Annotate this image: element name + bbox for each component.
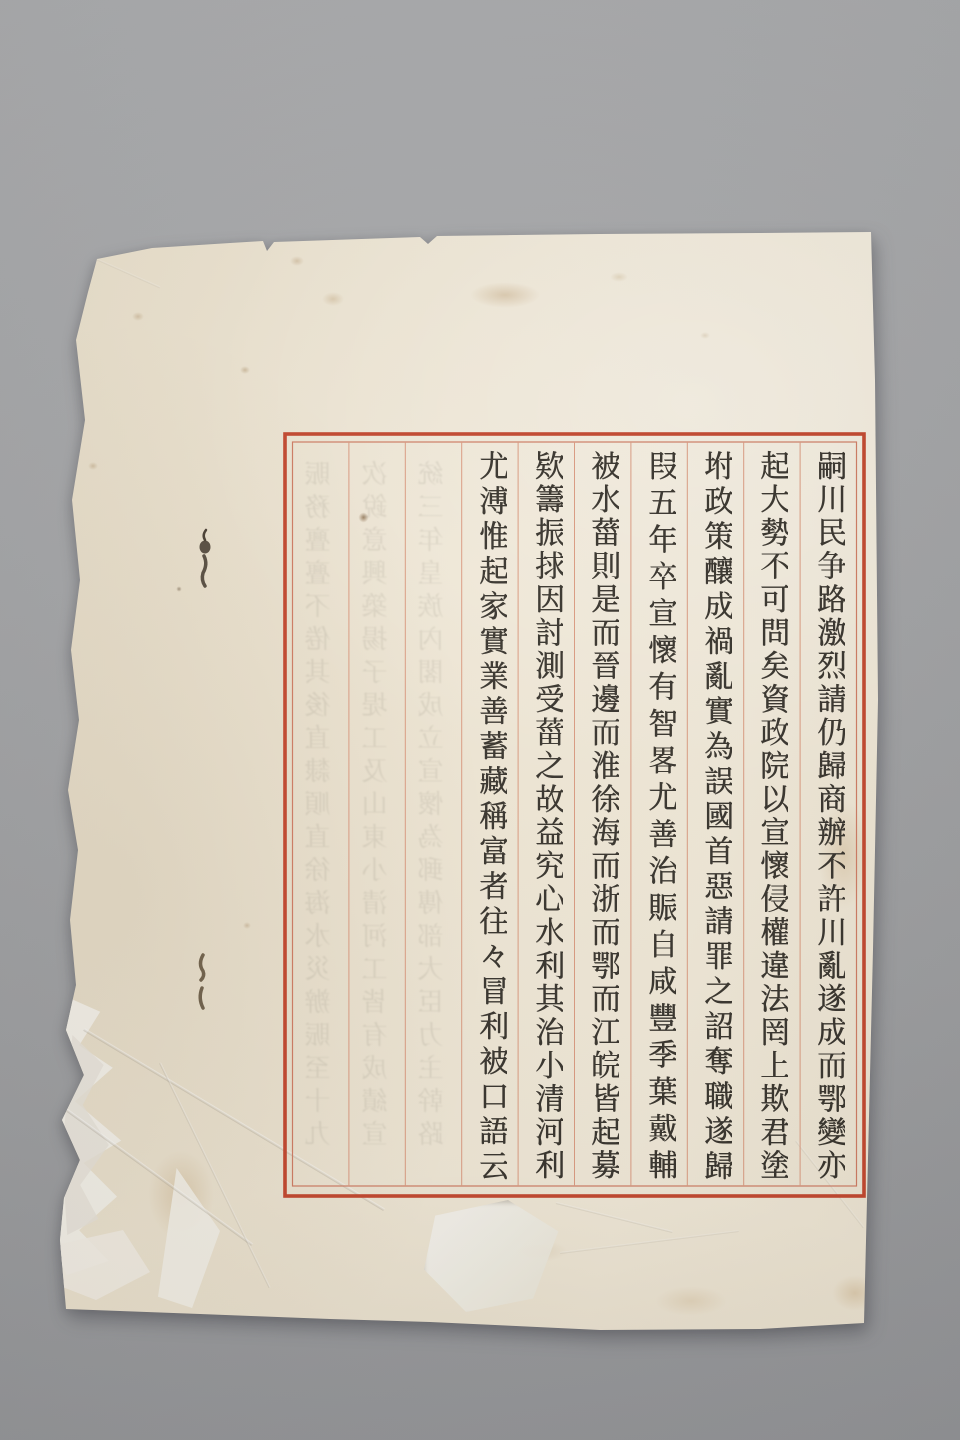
- text-column-5: 被水葘則是而晉邊而淮徐海而浙而鄂而江皖皆起募: [585, 450, 619, 1184]
- ink-mark: [194, 528, 216, 594]
- manuscript-paper: 嗣川民争路激烈請仍歸商辦不許川亂遂成而鄂變亦 起大勢不可問矣資政院以宣懷侵權違法…: [0, 0, 960, 1440]
- text-column-1: 嗣川民争路激烈請仍歸商辦不許川亂遂成而鄂變亦: [811, 450, 845, 1184]
- text-column-7: 尤溥惟起家實業善蓄藏稱富者往々冒利被口語云: [473, 450, 507, 1184]
- bleedthrough-column: 次銳意興築揚子堤工及山東小清河工皆有成績宣: [360, 460, 394, 1180]
- photograph-background: 嗣川民争路激烈請仍歸商辦不許川亂遂成而鄂變亦 起大勢不可問矣資政院以宣懷侵權違法…: [0, 0, 960, 1440]
- ink-mark: [194, 952, 212, 1016]
- bleedthrough-column: 統三年皇族內閣成立宣懷為郵傳部大臣力主幹路: [416, 460, 450, 1180]
- bleedthrough-column: 賑務亹亹不倦其後直隸順直徐海水災辦賑至十九: [303, 460, 337, 1180]
- text-column-2: 起大勢不可問矣資政院以宣懷侵權違法罔上欺君塗: [754, 450, 788, 1184]
- text-column-3: 坿政策釀成禍亂實為誤國首惡請罪之詔奪職遂歸: [698, 450, 732, 1184]
- paper-shadow: 嗣川民争路激烈請仍歸商辦不許川亂遂成而鄂變亦 起大勢不可問矣資政院以宣懷侵權違法…: [0, 0, 960, 1440]
- text-column-4: 叚五年卒宣懷有智畧尤善治賑自咸豐季葉戴輔: [642, 450, 676, 1184]
- text-column-6: 欵籌振捄因討測受葘之故益究心水利其治小清河利: [529, 450, 563, 1184]
